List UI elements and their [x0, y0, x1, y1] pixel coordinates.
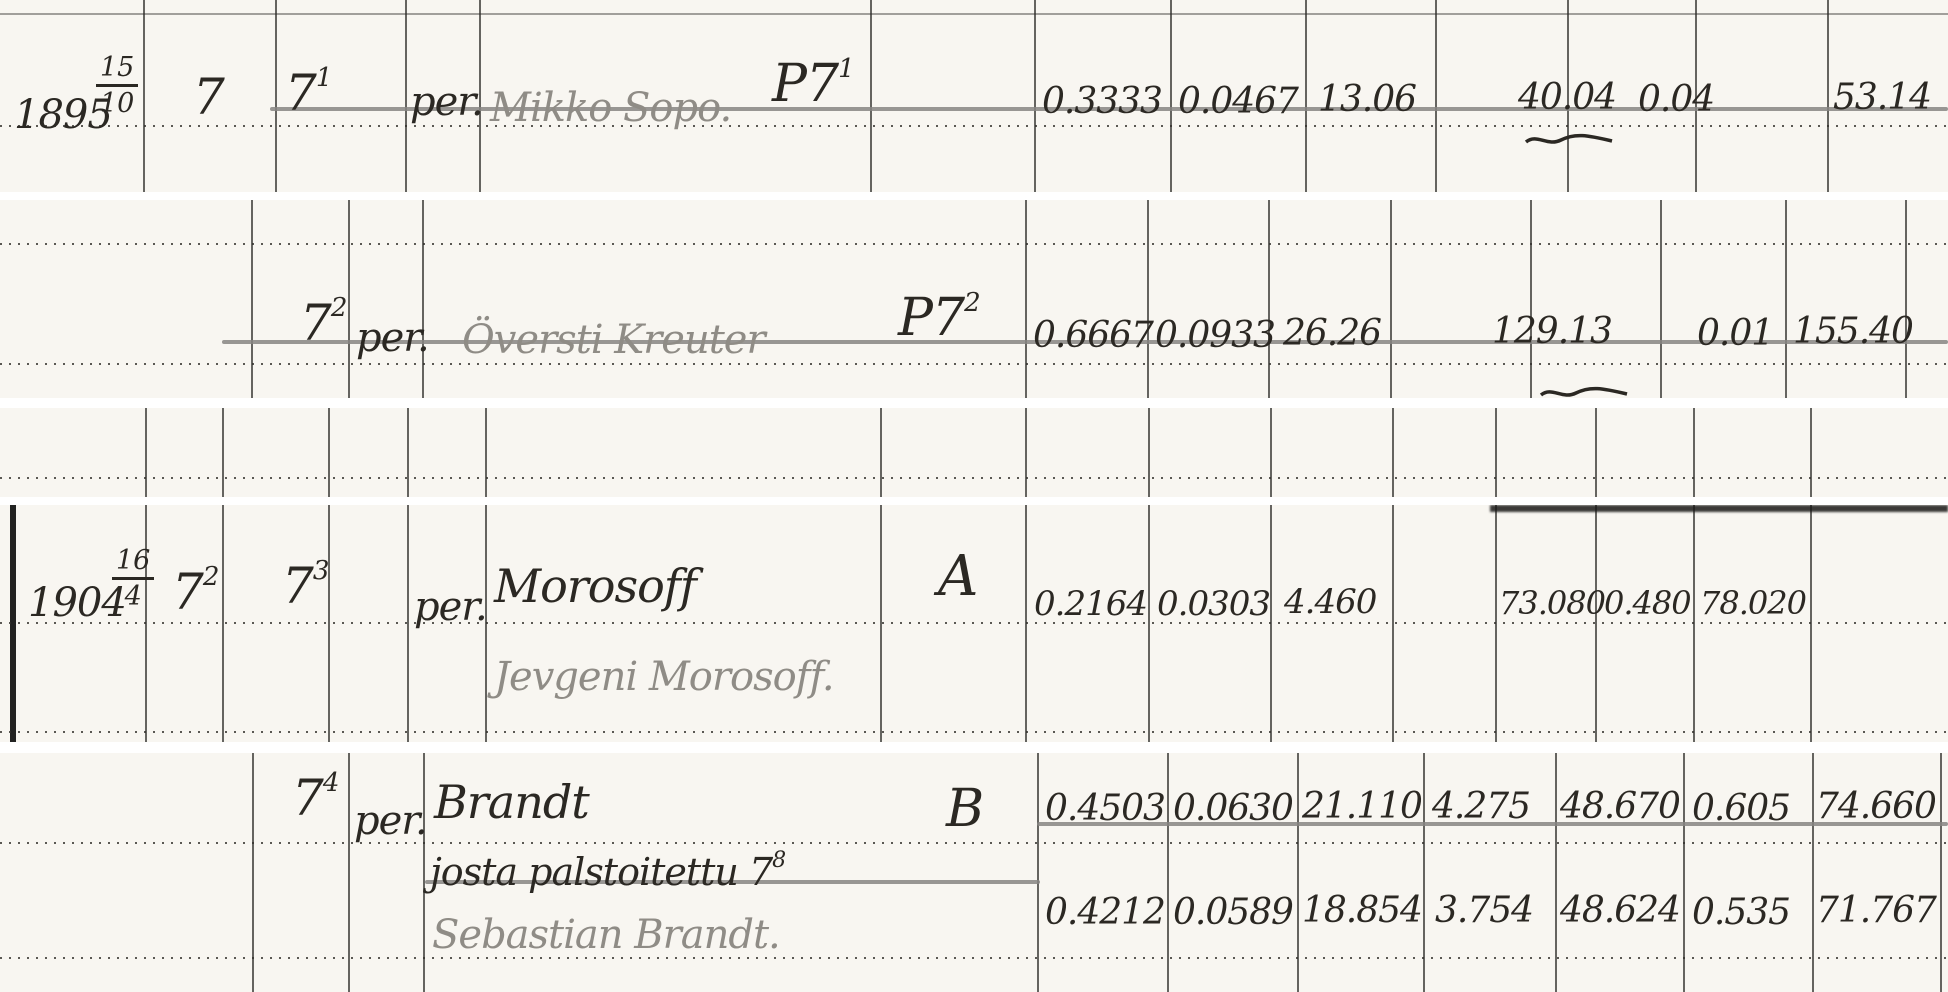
value-cell: 48.670	[1560, 789, 1680, 825]
value-cell: 0.535	[1692, 895, 1790, 931]
value-cell: 0.480	[1604, 587, 1691, 619]
column-rule	[1595, 408, 1597, 497]
parcel-number-base: 7	[172, 563, 203, 621]
owner-name: Morosoff	[494, 563, 696, 609]
scan-smear	[1490, 505, 1948, 512]
squiggle-underline	[1523, 131, 1615, 149]
column-rule	[222, 408, 224, 497]
value-cell: 0.0467	[1178, 84, 1298, 120]
writing-line	[0, 957, 1948, 959]
value-cell: 4.275	[1432, 789, 1530, 825]
new-parcel-number: 72	[300, 298, 347, 348]
parcel-mark-superscript: 2	[964, 288, 981, 318]
owner-name-pencil: Sebastian Brandt.	[432, 915, 780, 955]
parcel-number-superscript: 3	[313, 556, 330, 586]
new-parcel-number: 71	[285, 68, 332, 118]
column-rule	[145, 408, 147, 497]
writing-line	[0, 477, 1948, 479]
writing-line	[0, 622, 1948, 624]
column-rule	[407, 408, 409, 497]
owner-name: Brandt	[434, 779, 589, 825]
writing-line	[0, 243, 1948, 245]
column-rule	[1785, 200, 1787, 398]
value-cell: 0.4212	[1045, 895, 1165, 931]
value-cell: 0.6667	[1033, 318, 1153, 354]
value-cell: 26.26	[1283, 316, 1381, 352]
column-rule	[1268, 200, 1270, 398]
parcel-number-superscript: 8	[772, 848, 786, 873]
column-rule	[1392, 408, 1394, 497]
column-rule	[1390, 200, 1392, 398]
date-fraction: 15 10	[96, 52, 138, 119]
column-rule	[275, 0, 277, 192]
parcel-mark: A	[938, 549, 977, 605]
value-cell: 0.0303	[1157, 587, 1270, 621]
column-rule	[1034, 0, 1036, 192]
writing-line	[0, 125, 1948, 127]
value-cell: 21.110	[1302, 789, 1422, 825]
parcel-mark-base: P7	[772, 54, 838, 114]
column-rule	[1305, 0, 1307, 192]
value-cell: 0.4503	[1045, 791, 1165, 827]
value-cell: 48.624	[1560, 893, 1680, 929]
value-cell: 74.660	[1816, 789, 1936, 825]
column-rule	[880, 408, 882, 497]
column-rule	[1810, 408, 1812, 497]
value-cell: 0.3333	[1042, 84, 1162, 120]
value-cell: 129.13	[1492, 314, 1612, 350]
parcel-number-base: 7	[285, 64, 316, 122]
value-cell: 0.605	[1692, 791, 1790, 827]
value-cell: 3.754	[1435, 893, 1533, 929]
parcel-number-superscript: 2	[331, 293, 348, 323]
value-cell: 13.06	[1318, 82, 1416, 118]
column-rule	[251, 200, 253, 398]
parcel-number-superscript: 4	[323, 768, 340, 798]
column-rule	[405, 0, 407, 192]
column-rule	[1827, 0, 1829, 192]
column-rule	[1147, 200, 1149, 398]
parcel-number-superscript: 2	[203, 562, 220, 592]
ledger-strip-4: 1904 16 4 72 73 per. Morosoff A 0.2164 0…	[0, 505, 1948, 742]
parcel-number-base: 7	[292, 769, 323, 827]
squiggle-underline	[1538, 384, 1630, 398]
value-cell: 155.40	[1793, 314, 1913, 350]
per-label: per.	[414, 587, 487, 627]
per-label: per.	[410, 82, 483, 122]
column-rule	[1025, 408, 1027, 497]
column-rule	[422, 200, 424, 398]
column-rule	[143, 0, 145, 192]
date-fraction-denominator: 4	[112, 580, 154, 612]
column-rule	[1530, 200, 1532, 398]
column-rule	[1025, 200, 1027, 398]
column-rule	[1148, 408, 1150, 497]
note-line: josta palstoitettu 78	[430, 853, 786, 891]
writing-line	[0, 731, 1948, 733]
top-rule	[0, 13, 1948, 15]
owner-name-pencil: Jevgeni Morosoff.	[494, 657, 834, 697]
note-text: josta palstoitettu	[430, 850, 749, 894]
value-cell: 40.04	[1518, 80, 1616, 116]
parcel-mark: B	[946, 783, 983, 835]
owner-name-pencil: Översti Kreuter	[462, 320, 765, 360]
ledger-strip-2: 72 per. Översti Kreuter P72 0.6667 0.093…	[0, 200, 1948, 398]
value-cell: 0.0589	[1173, 895, 1293, 931]
old-parcel-number: 7	[193, 72, 224, 122]
writing-line	[0, 842, 1948, 844]
old-parcel-number: 72	[172, 567, 219, 617]
column-rule	[485, 408, 487, 497]
parcel-mark-base: P7	[898, 288, 964, 348]
scanned-ledger-page: 1895 15 10 7 71 per. Mikko Sopo. P71 0.3…	[0, 0, 1948, 992]
column-rule	[1435, 0, 1437, 192]
parcel-mark: P72	[898, 292, 981, 344]
date-fraction: 16 4	[112, 545, 154, 612]
date-fraction-denominator: 10	[96, 87, 138, 119]
date-fraction-numerator: 16	[112, 545, 154, 580]
parcel-number-base: 7	[300, 294, 331, 352]
parcel-number-base: 7	[749, 850, 772, 894]
column-rule	[1905, 200, 1907, 398]
column-rule	[870, 0, 872, 192]
value-cell: 78.020	[1700, 587, 1806, 619]
column-rule	[1270, 408, 1272, 497]
parcel-mark: P71	[772, 58, 855, 110]
parcel-mark-superscript: 1	[838, 54, 855, 84]
per-label: per.	[354, 801, 427, 841]
value-cell: 0.0630	[1173, 791, 1293, 827]
value-cell: 53.14	[1833, 80, 1931, 116]
value-cell: 0.0933	[1155, 318, 1275, 354]
value-cell: 0.01	[1697, 316, 1773, 352]
column-rule	[1693, 408, 1695, 497]
parcel-number-base: 7	[282, 557, 313, 615]
date-fraction-numerator: 15	[96, 52, 138, 87]
new-parcel-number: 74	[292, 773, 339, 823]
value-cell: 71.767	[1816, 893, 1936, 929]
column-rule	[1660, 200, 1662, 398]
column-rule	[1495, 408, 1497, 497]
writing-line	[0, 363, 1948, 365]
value-cell: 18.854	[1302, 893, 1422, 929]
column-rule	[1170, 0, 1172, 192]
parcel-number-superscript: 1	[316, 63, 333, 93]
value-cell: 0.2164	[1034, 587, 1147, 621]
ledger-strip-5: 74 per. Brandt B 0.4503 0.0630 21.110 4.…	[0, 753, 1948, 992]
value-cell: 4.460	[1284, 585, 1376, 619]
new-parcel-number: 73	[282, 561, 329, 611]
column-rule	[328, 408, 330, 497]
value-cell: 73.080	[1499, 587, 1605, 619]
ledger-strip-3	[0, 408, 1948, 497]
column-rule	[348, 200, 350, 398]
ledger-strip-1: 1895 15 10 7 71 per. Mikko Sopo. P71 0.3…	[0, 0, 1948, 192]
value-cell: 0.04	[1638, 82, 1714, 118]
owner-name-pencil: Mikko Sopo.	[490, 88, 731, 128]
per-label: per.	[356, 318, 429, 358]
